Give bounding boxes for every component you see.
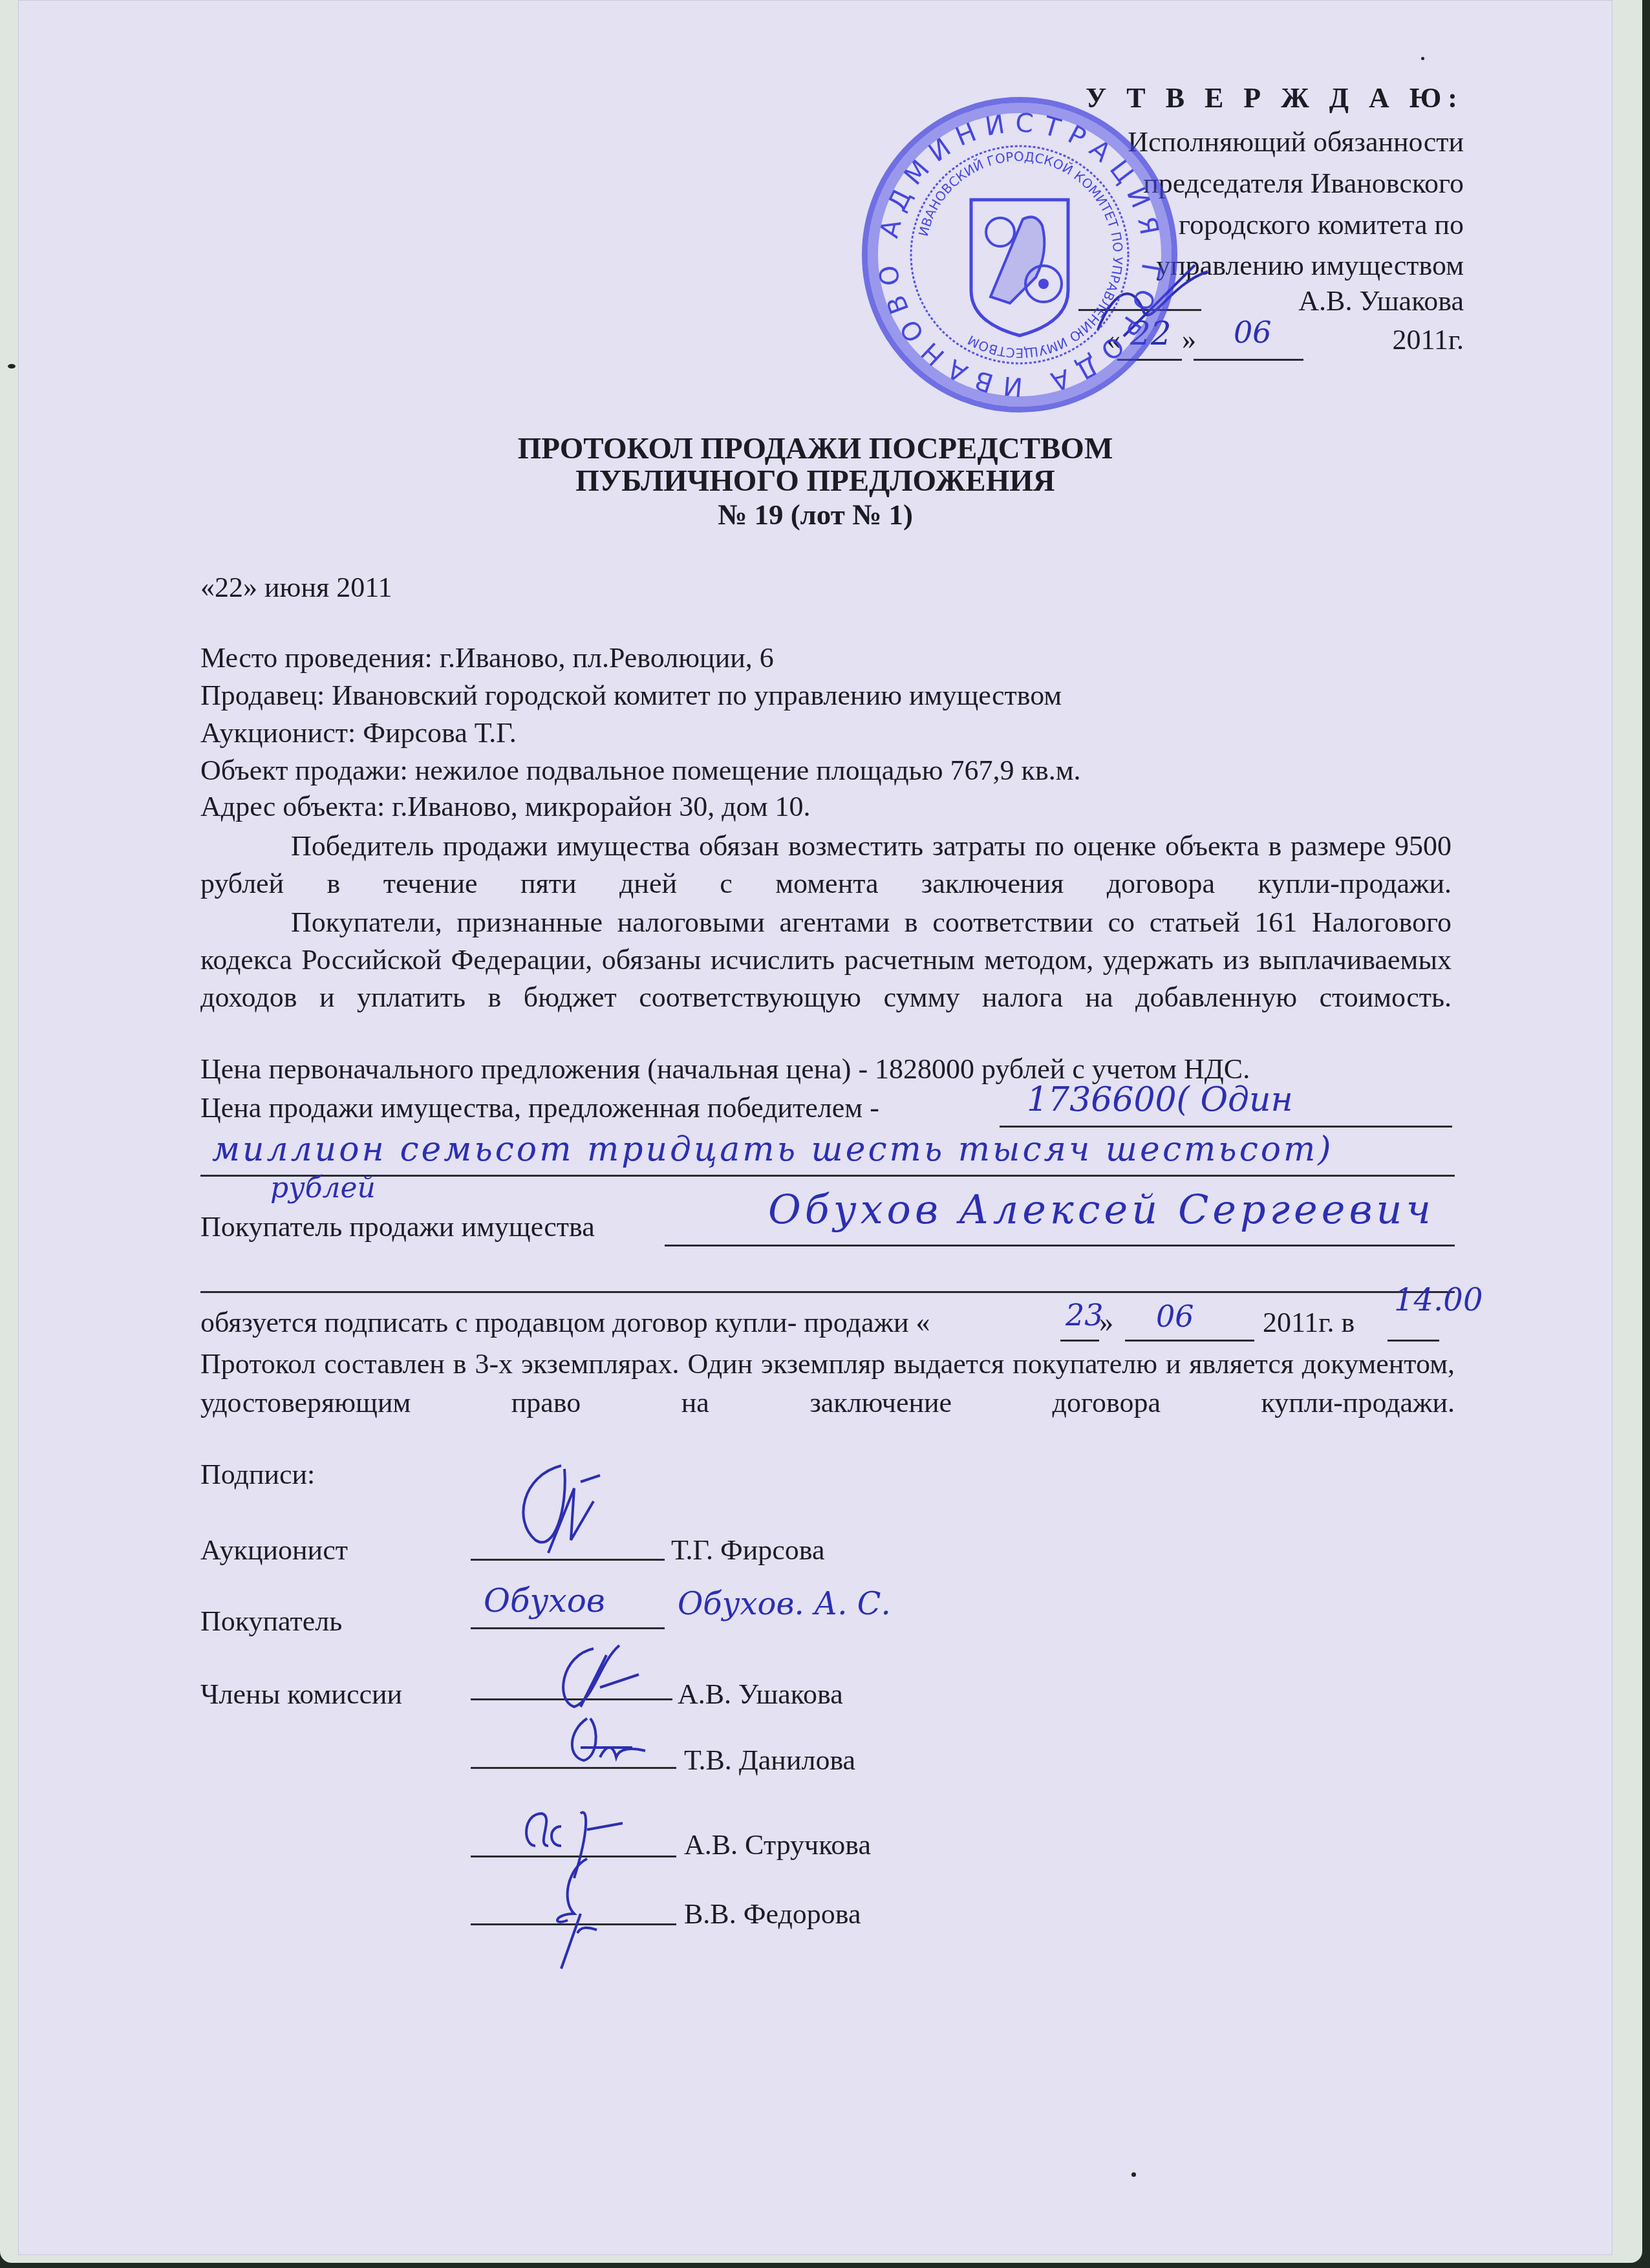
field-auctioneer: Аукционист: Фирсова Т.Г. — [200, 716, 517, 750]
document-date: «22» июня 2011 — [200, 571, 392, 604]
field-address: Адрес объекта: г.Иваново, микрорайон 30,… — [200, 790, 811, 824]
signature-line-buyer — [471, 1627, 665, 1629]
signature-role-commission: Члены комиссии — [200, 1678, 402, 1711]
signature-role-buyer: Покупатель — [200, 1605, 342, 1638]
paragraph-tax-agents: Покупатели, признанные налоговыми агента… — [200, 904, 1452, 1016]
contract-day-line — [1060, 1340, 1099, 1342]
approval-date-month: 06 — [1234, 316, 1272, 349]
document-page: У Т В Е Р Ж Д А Ю: Исполняющий обязаннос… — [18, 0, 1612, 2255]
contract-month-handwritten: 06 — [1156, 1300, 1194, 1333]
approval-date-year: 2011г. — [1393, 323, 1464, 357]
auctioneer-signature-icon — [509, 1462, 606, 1559]
contract-text: обязуется подписать с продавцом договор … — [200, 1306, 930, 1340]
copies-paragraph: Протокол составлен в 3-х экземплярах. Од… — [200, 1345, 1455, 1422]
approval-line-2: председателя Ивановского — [1143, 167, 1464, 200]
sale-price-amount-handwritten: 1736600( Один — [1027, 1083, 1293, 1117]
sale-price-currency-handwritten: рублей — [270, 1171, 376, 1205]
buyer-name-line-2 — [200, 1291, 1455, 1293]
approval-signatory: А.В. Ушакова — [1298, 284, 1464, 318]
signature-name-danilova: Т.В. Данилова — [684, 1744, 855, 1777]
contract-day-handwritten: 23 — [1066, 1298, 1104, 1332]
scan-speck — [8, 364, 16, 369]
document-title-line-2: ПУБЛИЧНОГО ПРЕДЛОЖЕНИЯ — [18, 464, 1612, 498]
sale-price-label: Цена продажи имущества, предложенная поб… — [200, 1091, 879, 1125]
fedorova-signature-icon — [542, 1856, 619, 1972]
buyer-printed-name-handwritten: Обухов. А. С. — [678, 1587, 891, 1621]
sale-price-line-2 — [200, 1175, 1455, 1177]
approval-line-3: городского комитета по — [1179, 208, 1464, 242]
contract-time-line — [1387, 1340, 1439, 1342]
buyer-label: Покупатель продажи имущества — [200, 1210, 595, 1244]
signatures-heading: Подписи: — [200, 1458, 315, 1492]
coat-of-arms-icon: АДМИНИСТРАЦИЯ ГОРОДА ИВАНОВО ИВАНОВСКИЙ … — [868, 103, 1172, 407]
buyer-signature-handwritten: Обухов — [484, 1584, 605, 1618]
signature-role-auctioneer: Аукционист — [200, 1534, 348, 1567]
document-title-line-1: ПРОТОКОЛ ПРОДАЖИ ПОСРЕДСТВОМ — [18, 432, 1612, 465]
signature-name-ushakova: А.В. Ушакова — [678, 1678, 843, 1711]
paragraph-winner-costs: Победитель продажи имущества обязан возм… — [200, 828, 1452, 903]
signature-name-auctioneer: Т.Г. Фирсова — [671, 1534, 825, 1567]
sale-price-line-1 — [1000, 1126, 1452, 1128]
field-venue: Место проведения: г.Иваново, пл.Революци… — [200, 641, 774, 675]
ushakova-signature-icon — [555, 1642, 645, 1713]
contract-year: 2011г. в — [1263, 1306, 1355, 1340]
field-seller: Продавец: Ивановский городской комитет п… — [200, 679, 1062, 712]
buyer-name-line — [665, 1245, 1455, 1246]
contract-quote-close: » — [1099, 1306, 1113, 1340]
sale-price-words-handwritten: миллион семьсот тридцать шесть тысяч шес… — [212, 1133, 1334, 1166]
scan-speck — [1421, 57, 1424, 60]
contract-time-handwritten: 14.00 — [1394, 1283, 1483, 1317]
field-object: Объект продажи: нежилое подвальное помещ… — [200, 754, 1081, 787]
approval-month-line — [1194, 359, 1303, 361]
signature-name-struchkova: А.В. Стручкова — [684, 1828, 871, 1862]
signature-name-fedorova: В.В. Федорова — [684, 1898, 861, 1931]
contract-month-line — [1125, 1340, 1254, 1342]
official-stamp: АДМИНИСТРАЦИЯ ГОРОДА ИВАНОВО ИВАНОВСКИЙ … — [862, 97, 1177, 412]
danilova-signature-icon — [561, 1712, 652, 1770]
scan-speck — [1131, 2172, 1136, 2177]
buyer-name-handwritten: Обухов Алексей Сергеевич — [768, 1193, 1435, 1226]
approval-line-1: Исполняющий обязанности — [1128, 125, 1464, 159]
document-number: № 19 (лот № 1) — [18, 498, 1612, 531]
